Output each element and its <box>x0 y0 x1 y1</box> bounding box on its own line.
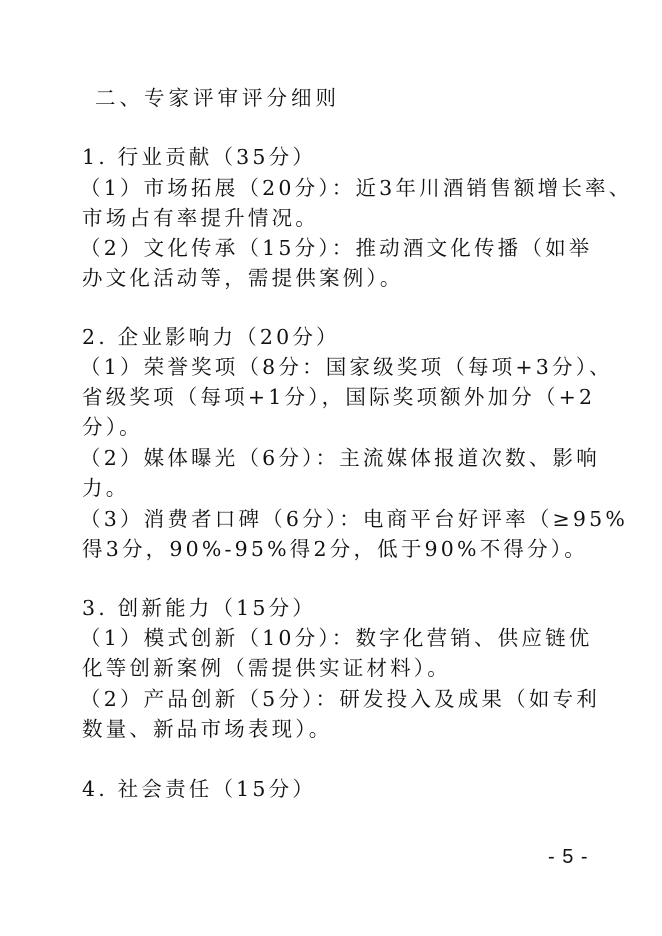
sub-criterion-text: （2）产品创新（5分）：研发投入及成果（如专利 <box>80 687 600 711</box>
sub-criterion-text: （1）市场拓展（20分）：近3年川酒销售额增长率、 <box>80 176 632 200</box>
sub-criterion-text: （3）消费者口碑（6分）：电商平台好评率（≥95% <box>80 507 628 531</box>
criterion-heading: 3. 创新能力（15分） <box>82 596 316 620</box>
criterion-heading: 1. 行业贡献（35分） <box>82 145 316 169</box>
document-page: 二、专家评审评分细则 1. 行业贡献（35分） （1）市场拓展（20分）：近3年… <box>0 0 662 936</box>
sub-criterion-text: 得3分，90%-95%得2分，低于90%不得分）。 <box>82 537 588 561</box>
sub-criterion-text: 办文化活动等，需提供案例）。 <box>82 266 404 290</box>
criterion-heading: 4. 社会责任（15分） <box>82 777 316 801</box>
sub-criterion-text: 省级奖项（每项+1分），国际奖项额外加分（+2 <box>82 385 595 409</box>
sub-criterion-text: 分）。 <box>82 415 143 439</box>
page-number: - 5 - <box>548 846 589 869</box>
sub-criterion-text: （2）媒体曝光（6分）：主流媒体报道次数、影响 <box>80 446 600 470</box>
sub-criterion-text: （1）荣誉奖项（8分：国家级奖项（每项+3分）、 <box>80 355 613 379</box>
sub-criterion-text: 力。 <box>82 476 129 500</box>
sub-criterion-text: （1）模式创新（10分）：数字化营销、供应链优 <box>80 626 592 650</box>
section-heading: 二、专家评审评分细则 <box>95 86 340 110</box>
sub-criterion-text: 市场占有率提升情况。 <box>82 206 319 230</box>
sub-criterion-text: （2）文化传承（15分）：推动酒文化传播（如举 <box>80 236 592 260</box>
sub-criterion-text: 化等创新案例（需提供实证材料）。 <box>82 656 451 680</box>
criterion-heading: 2. 企业影响力（20分） <box>82 325 340 349</box>
sub-criterion-text: 数量、新品市场表现）。 <box>82 717 332 741</box>
